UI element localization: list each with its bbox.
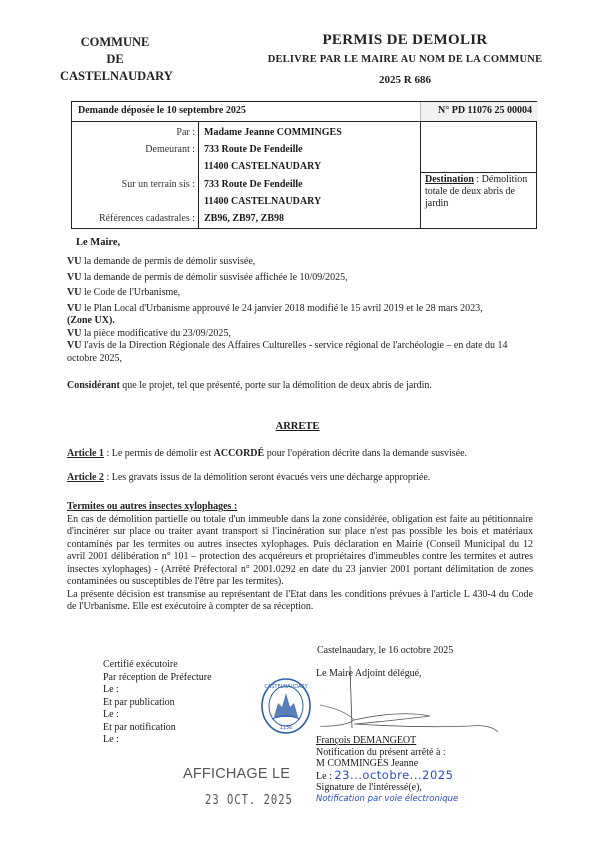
signer-block: François DEMANGEOT Notification du prése…	[316, 735, 458, 805]
affichage-stamp: AFFICHAGE LE	[183, 766, 290, 782]
certification-block: Certifié exécutoire Par réception de Pré…	[103, 659, 212, 747]
label-demeurant: Demeurant :	[145, 144, 195, 155]
value-terrain-1: 733 Route De Fendeille	[204, 179, 303, 190]
certif-line: Le :	[103, 734, 212, 747]
certif-line: Le :	[103, 709, 212, 722]
certif-line: Certifié exécutoire	[103, 659, 212, 672]
pd-number-cell: N° PD 11076 25 00004	[420, 102, 538, 121]
commune-line: DE	[60, 51, 170, 68]
termites-section: Termites ou autres insectes xylophages :…	[67, 501, 533, 614]
svg-text:1136: 1136	[280, 725, 293, 731]
table-divider	[420, 122, 421, 229]
article-1: Article 1 : Le permis de démolir est ACC…	[67, 448, 537, 461]
table-divider	[198, 122, 199, 229]
place-and-date: Castelnaudary, le 16 octobre 2025	[317, 645, 453, 656]
label-par: Par :	[176, 127, 195, 138]
le-maire-heading: Le Maire,	[76, 237, 120, 248]
notification-date-line: Le : 23...octobre...2025	[316, 770, 458, 783]
handwritten-date: 23...octobre...2025	[334, 768, 453, 782]
vu-item: VU le Plan Local d'Urbanisme approuvé le…	[67, 303, 532, 328]
transmission-text: La présente décision est transmise au re…	[67, 589, 533, 613]
table-divider	[420, 172, 537, 173]
document-title-block: PERMIS DE DEMOLIR DELIVRE PAR LE MAIRE A…	[245, 30, 565, 90]
commune-line: CASTELNAUDARY	[60, 68, 170, 85]
termites-text: En cas de démolition partielle ou totale…	[67, 514, 533, 588]
summary-table: Demande déposée le 10 septembre 2025 N° …	[71, 101, 537, 229]
town-seal-stamp-icon: CASTELNAUDARY 1136	[260, 677, 312, 735]
affichage-date: 23 OCT. 2025	[205, 792, 293, 808]
certif-line: Et par notification	[103, 722, 212, 735]
label-cadastre: Références cadastrales :	[99, 213, 195, 224]
handwritten-note: Notification par voie électronique	[316, 794, 458, 806]
pd-number: N° PD 11076 25 00004	[438, 105, 532, 116]
commune-line: COMMUNE	[60, 34, 170, 51]
signer-name: François DEMANGEOT	[316, 735, 458, 747]
document-reference: 2025 R 686	[245, 70, 565, 90]
notification-label: Notification du présent arrêté à :	[316, 747, 458, 759]
article-2: Article 2 : Les gravats issus de la démo…	[67, 472, 537, 485]
value-par: Madame Jeanne COMMINGES	[204, 127, 342, 138]
certif-line: Le :	[103, 684, 212, 697]
summary-header-row: Demande déposée le 10 septembre 2025 N° …	[72, 102, 536, 122]
demande-date: Demande déposée le 10 septembre 2025	[78, 105, 246, 116]
document-title: PERMIS DE DEMOLIR	[245, 30, 565, 50]
value-demeurant-1: 733 Route De Fendeille	[204, 144, 303, 155]
value-cadastre: ZB96, ZB97, ZB98	[204, 213, 284, 224]
arrete-heading: ARRETE	[0, 421, 595, 432]
destination: Destination : Démolition totale de deux …	[425, 174, 537, 210]
vu-item: VU l'avis de la Direction Régionale des …	[67, 340, 532, 365]
vu-list: VU la demande de permis de démolir susvi…	[67, 256, 532, 368]
destination-label: Destination	[425, 174, 474, 185]
label-terrain: Sur un terrain sis :	[122, 179, 195, 190]
document-subtitle: DELIVRE PAR LE MAIRE AU NOM DE LA COMMUN…	[245, 50, 565, 70]
certif-line: Et par publication	[103, 697, 212, 710]
signature-label: Signature de l'intéressé(e),	[316, 782, 458, 794]
vu-item: VU la demande de permis de démolir susvi…	[67, 256, 532, 269]
vu-item: VU la demande de permis de démolir susvi…	[67, 272, 532, 285]
value-demeurant-2: 11400 CASTELNAUDARY	[204, 161, 321, 172]
signature-icon	[320, 664, 505, 744]
vu-item: VU la pièce modificative du 23/09/2025,	[67, 328, 532, 341]
svg-text:CASTELNAUDARY: CASTELNAUDARY	[264, 684, 308, 690]
commune-name: COMMUNE DE CASTELNAUDARY	[60, 34, 170, 85]
vu-item: VU le Code de l'Urbanisme,	[67, 287, 532, 300]
termites-heading: Termites ou autres insectes xylophages :	[67, 501, 533, 514]
value-terrain-2: 11400 CASTELNAUDARY	[204, 196, 321, 207]
certif-line: Par réception de Préfecture	[103, 672, 212, 685]
considerant: Considérant que le projet, tel que prése…	[67, 380, 532, 393]
